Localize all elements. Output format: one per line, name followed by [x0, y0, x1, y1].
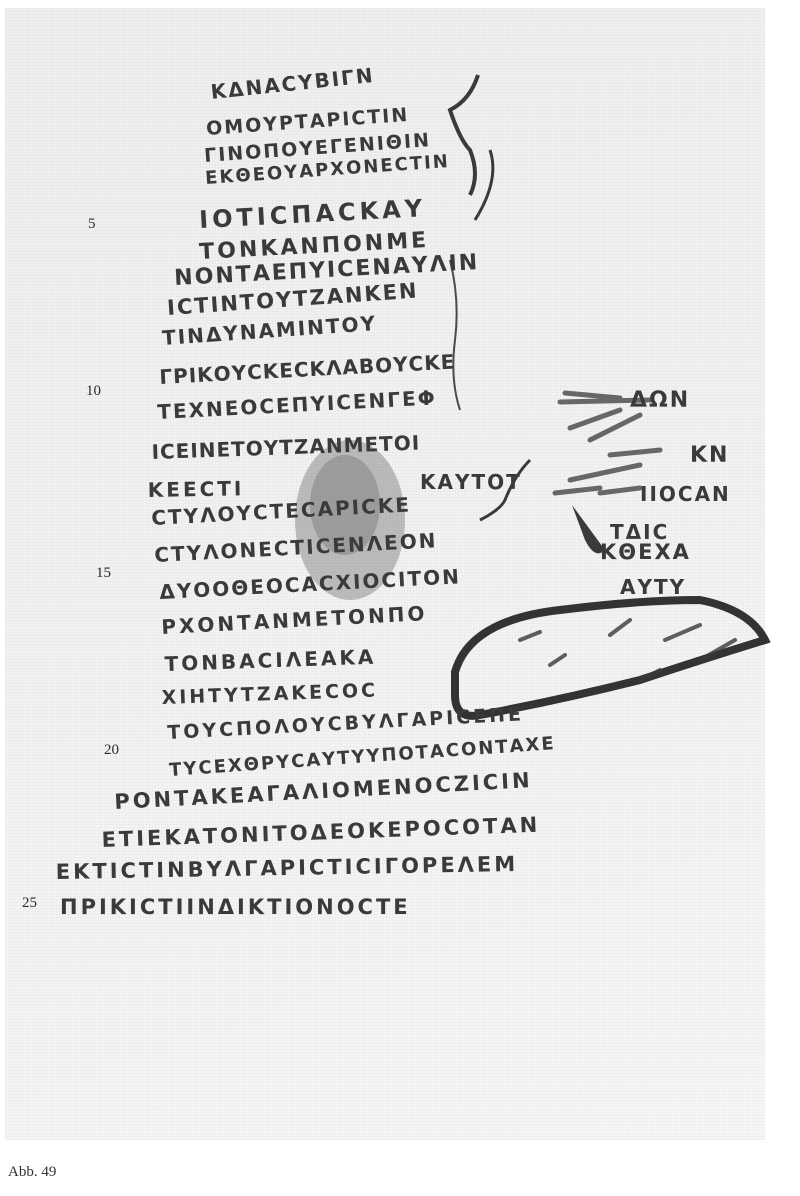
line-number-20: 20: [104, 742, 119, 759]
inscription-line-25: ΠΡΙΚΙCΤΙΙΝΔΙΚΤΙΟΝΟCΤΕ: [60, 895, 411, 919]
line-number-5: 5: [88, 216, 96, 233]
inscription-fragment: ΚΑΥΤΟΤ: [420, 470, 522, 494]
inscription-line-13: ΚΕΕCΤΙ: [148, 476, 245, 502]
figure-caption: Abb. 49: [8, 1164, 56, 1181]
inscription-fragment: ΚΝ: [690, 443, 729, 468]
inscription-fragment: ΙΙΟCΑΝ: [640, 482, 731, 506]
inscription-fragment: ΔΩΝ: [630, 388, 690, 413]
line-number-25: 25: [22, 895, 37, 912]
line-number-10: 10: [86, 383, 101, 400]
inscription-fragment: ΚΘΕΧΑ: [600, 540, 691, 564]
inscription-fragment: ΑΥΤΥ: [620, 575, 686, 599]
line-number-15: 15: [96, 565, 111, 582]
